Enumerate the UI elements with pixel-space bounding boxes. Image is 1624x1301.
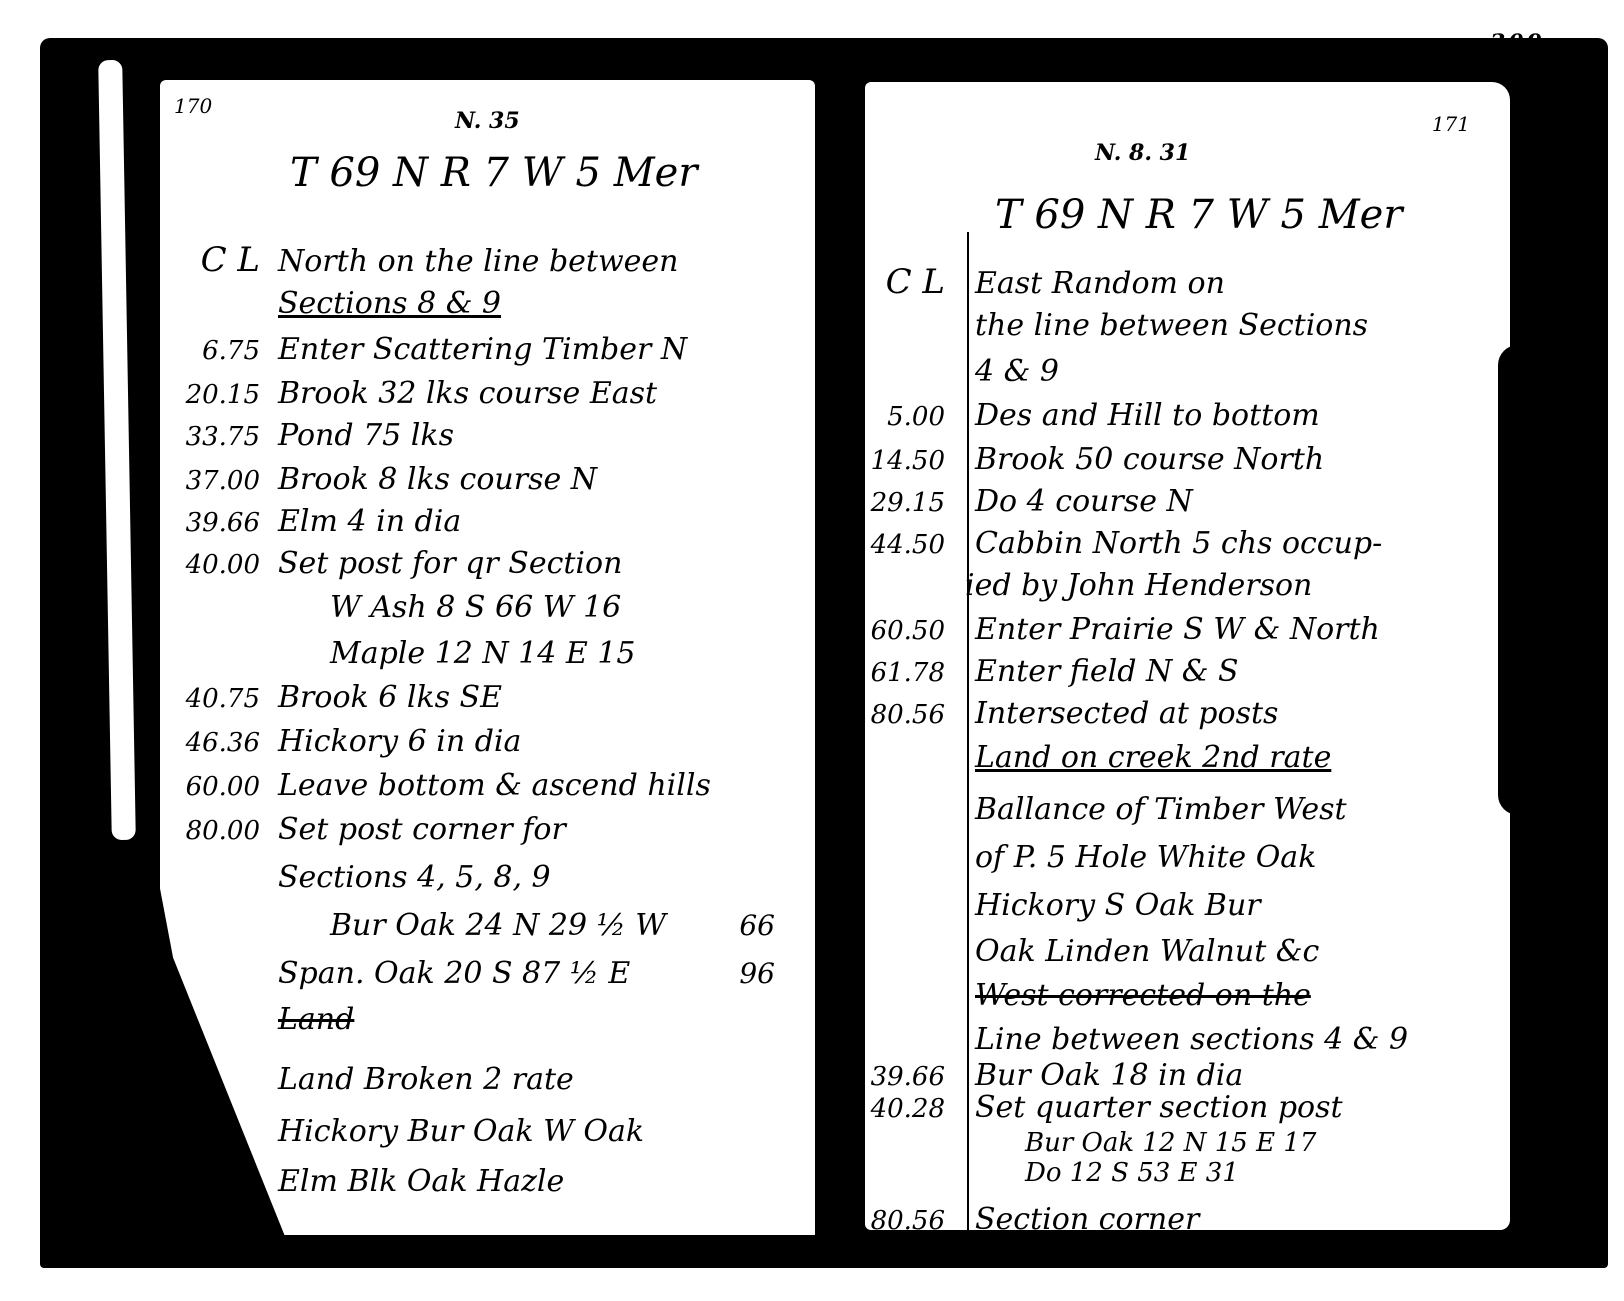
entry-row: 60.00Leave bottom & ascend hills (160, 768, 815, 810)
entry-row: Land (160, 1002, 815, 1044)
entry-row: 80.56Section corner (865, 1202, 1510, 1230)
entry-row: C LEast Random on (865, 262, 1510, 304)
entry-row: 29.15Do 4 course N (865, 484, 1510, 526)
right-line-number: N. 8. 31 (1095, 140, 1190, 166)
left-line-number: N. 35 (455, 108, 520, 134)
entry-row: Span. Oak 20 S 87 ½ E96 (160, 956, 815, 998)
right-page-number: 171 (1432, 112, 1470, 136)
entry-row: 40.00Set post for qr Section (160, 546, 815, 588)
entry-row: Sections 8 & 9 (160, 286, 815, 328)
entry-row: of P. 5 Hole White Oak (865, 840, 1510, 882)
entry-row: Sections 4, 5, 8, 9 (160, 860, 815, 902)
entry-row: Maple 12 N 14 E 15 (160, 636, 815, 678)
entry-row: Do 12 S 53 E 31 (865, 1158, 1510, 1200)
right-edge-tab (1498, 345, 1568, 815)
entry-row: W Ash 8 S 66 W 16 (160, 590, 815, 632)
entry-row: 61.78Enter field N & S (865, 654, 1510, 696)
entry-row: 60.50Enter Prairie S W & North (865, 612, 1510, 654)
entry-row: Ballance of Timber West (865, 792, 1510, 834)
entry-row: 46.36Hickory 6 in dia (160, 724, 815, 766)
entry-row: 39.66Elm 4 in dia (160, 504, 815, 546)
left-township-title: T 69 N R 7 W 5 Mer (290, 150, 697, 196)
right-township-title: T 69 N R 7 W 5 Mer (995, 192, 1402, 238)
entry-row: Land Broken 2 rate (160, 1062, 815, 1104)
entry-row: Bur Oak 24 N 29 ½ W66 (160, 908, 815, 950)
entry-row: 20.15Brook 32 lks course East (160, 376, 815, 418)
entry-row: 40.28Set quarter section post (865, 1090, 1510, 1132)
entry-row: West corrected on the (865, 978, 1510, 1020)
left-page: 170 N. 35 T 69 N R 7 W 5 Mer C LNorth on… (160, 80, 815, 1235)
entry-row: the line between Sections (865, 308, 1510, 350)
entry-row: 5.00Des and Hill to bottom (865, 398, 1510, 440)
entry-row: 14.50Brook 50 course North (865, 442, 1510, 484)
entry-row: C LNorth on the line between (160, 240, 815, 282)
entry-row: ied by John Henderson (865, 568, 1510, 610)
entry-row: 4 & 9 (865, 354, 1510, 396)
entry-row: Hickory S Oak Bur (865, 888, 1510, 930)
entry-row: 40.75Brook 6 lks SE (160, 680, 815, 722)
left-page-number: 170 (174, 94, 212, 118)
entry-row: 80.00Set post corner for (160, 812, 815, 854)
right-page: 171 N. 8. 31 T 69 N R 7 W 5 Mer C LEast … (865, 82, 1510, 1230)
entry-row: Oak Linden Walnut &c (865, 934, 1510, 976)
entry-row: 80.56Intersected at posts (865, 696, 1510, 738)
entry-row: 37.00Brook 8 lks course N (160, 462, 815, 504)
entry-row: 33.75Pond 75 lks (160, 418, 815, 460)
entry-row: 6.75Enter Scattering Timber N (160, 332, 815, 374)
entry-row: Hickory Bur Oak W Oak (160, 1114, 815, 1156)
entry-row: 44.50Cabbin North 5 chs occup- (865, 526, 1510, 568)
entry-row: Land on creek 2nd rate (865, 740, 1510, 782)
